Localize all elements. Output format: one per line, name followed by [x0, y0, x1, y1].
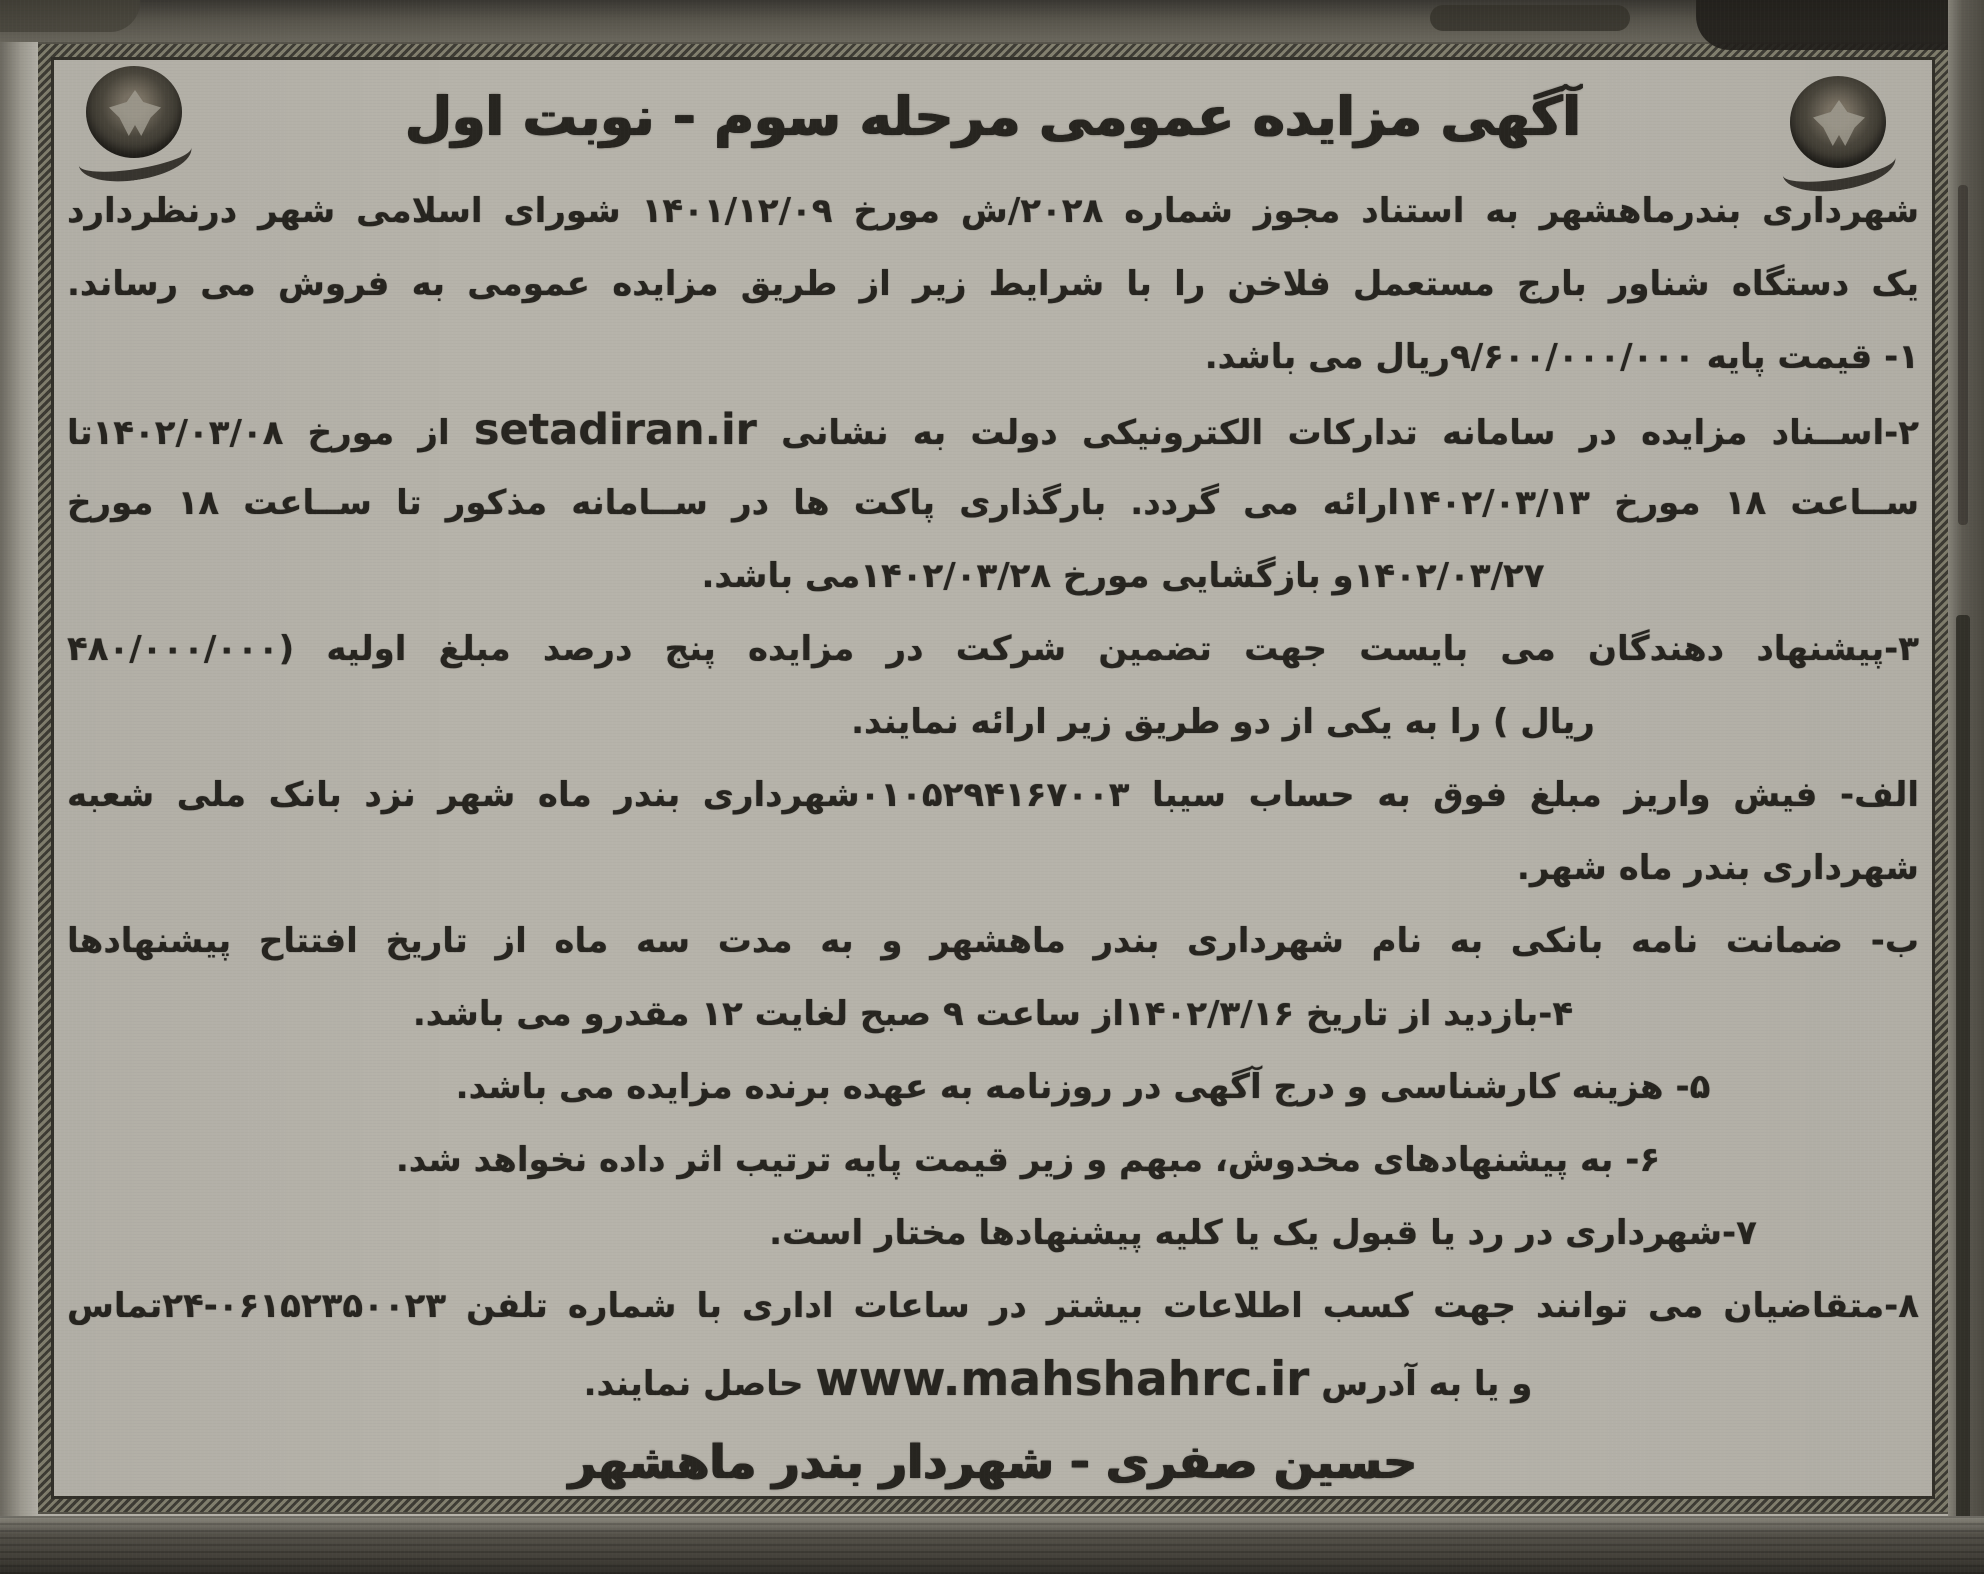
scan-ink-blob — [1696, 0, 1984, 50]
scan-ink-blob — [0, 0, 140, 32]
item-8-text-post: حاصل نمایند. — [584, 1364, 804, 1404]
item-6-invalid-bids: ۶- به پیشنهادهای مخدوش، مبهم و زیر قیمت … — [67, 1124, 1919, 1197]
item-8-line-2: و یا به آدرس www.mahshahrc.ir حاصل نماین… — [67, 1343, 1919, 1416]
mahshahrc-url: www.mahshahrc.ir — [815, 1343, 1309, 1416]
notice-content: آگهی مزایده عمومی مرحله سوم - نوبت اول ش… — [53, 59, 1933, 1511]
item-2-line-1: ۲-اســناد مزایده در سامانه تدارکات الکتر… — [67, 394, 1919, 467]
item-8-line-1: ۸-متقاضیان می توانند جهت کسب اطلاعات بیش… — [67, 1270, 1919, 1343]
notice-title: آگهی مزایده عمومی مرحله سوم - نوبت اول — [67, 59, 1919, 175]
scan-edge-bottom — [0, 1516, 1984, 1574]
item-alef-line-1: الف- فیش واریز مبلغ فوق به حساب سیبا ۰۱۰… — [67, 759, 1919, 832]
scan-ink-blob — [1430, 5, 1630, 31]
scan-texture — [0, 1516, 1984, 1574]
intro-line-1: شهرداری بندرماهشهر به استناد مجوز شماره … — [67, 175, 1919, 248]
item-be-guarantee: ب- ضمانت نامه بانکی به نام شهرداری بندر … — [67, 905, 1919, 978]
scan-edge-left — [0, 0, 38, 1574]
item-3-line-1: ۳-پیشنهاد دهندگان می بایست جهت تضمین شرک… — [67, 613, 1919, 686]
item-5-costs: ۵- هزینه کارشناسی و درج آگهی در روزنامه … — [67, 1051, 1919, 1124]
item-1-base-price: ۱- قیمت پایه ۹/۶۰۰/۰۰۰/۰۰۰ریال می باشد. — [67, 321, 1919, 394]
item-7-rights: ۷-شهرداری در رد یا قبول یک یا کلیه پیشنه… — [67, 1197, 1919, 1270]
scan-edge-top — [0, 0, 1984, 42]
item-2-line-3: ۱۴۰۲/۰۳/۲۷و بازگشایی مورخ ۱۴۰۲/۰۳/۲۸می ب… — [67, 540, 1919, 613]
item-2-text-pre: ۲-اســناد مزایده در سامانه تدارکات الکتر… — [781, 413, 1919, 453]
scan-ink-strip — [1958, 185, 1968, 525]
item-2-line-2: ســاعت ۱۸ مورخ ۱۴۰۲/۰۳/۱۳ارائه می گردد. … — [67, 467, 1919, 540]
item-alef-line-2: شهرداری بندر ماه شهر. — [67, 832, 1919, 905]
intro-line-2: یک دستگاه شناور بارج مستعمل فلاخن را با … — [67, 248, 1919, 321]
item-3-line-2: ریال ) را به یکی از دو طریق زیر ارائه نم… — [67, 686, 1919, 759]
scan-ink-strip — [1956, 615, 1970, 1574]
scan-edge-right — [1948, 0, 1984, 1574]
item-2-text-post: از مورخ ۱۴۰۲/۰۳/۰۸تا — [67, 413, 450, 453]
setadiran-url: setadiran.ir — [474, 394, 757, 467]
mayor-signature: حسین صفری - شهردار بندر ماهشهر — [67, 1416, 1919, 1510]
newspaper-auction-notice-page: هزاره وان آگهی مزایده عمومی مرحله سوم - … — [0, 0, 1984, 1574]
item-8-text-pre: و یا به آدرس — [1321, 1364, 1532, 1404]
item-4-visit: ۴-بازدید از تاریخ ۱۴۰۲/۳/۱۶از ساعت ۹ صبح… — [67, 978, 1919, 1051]
